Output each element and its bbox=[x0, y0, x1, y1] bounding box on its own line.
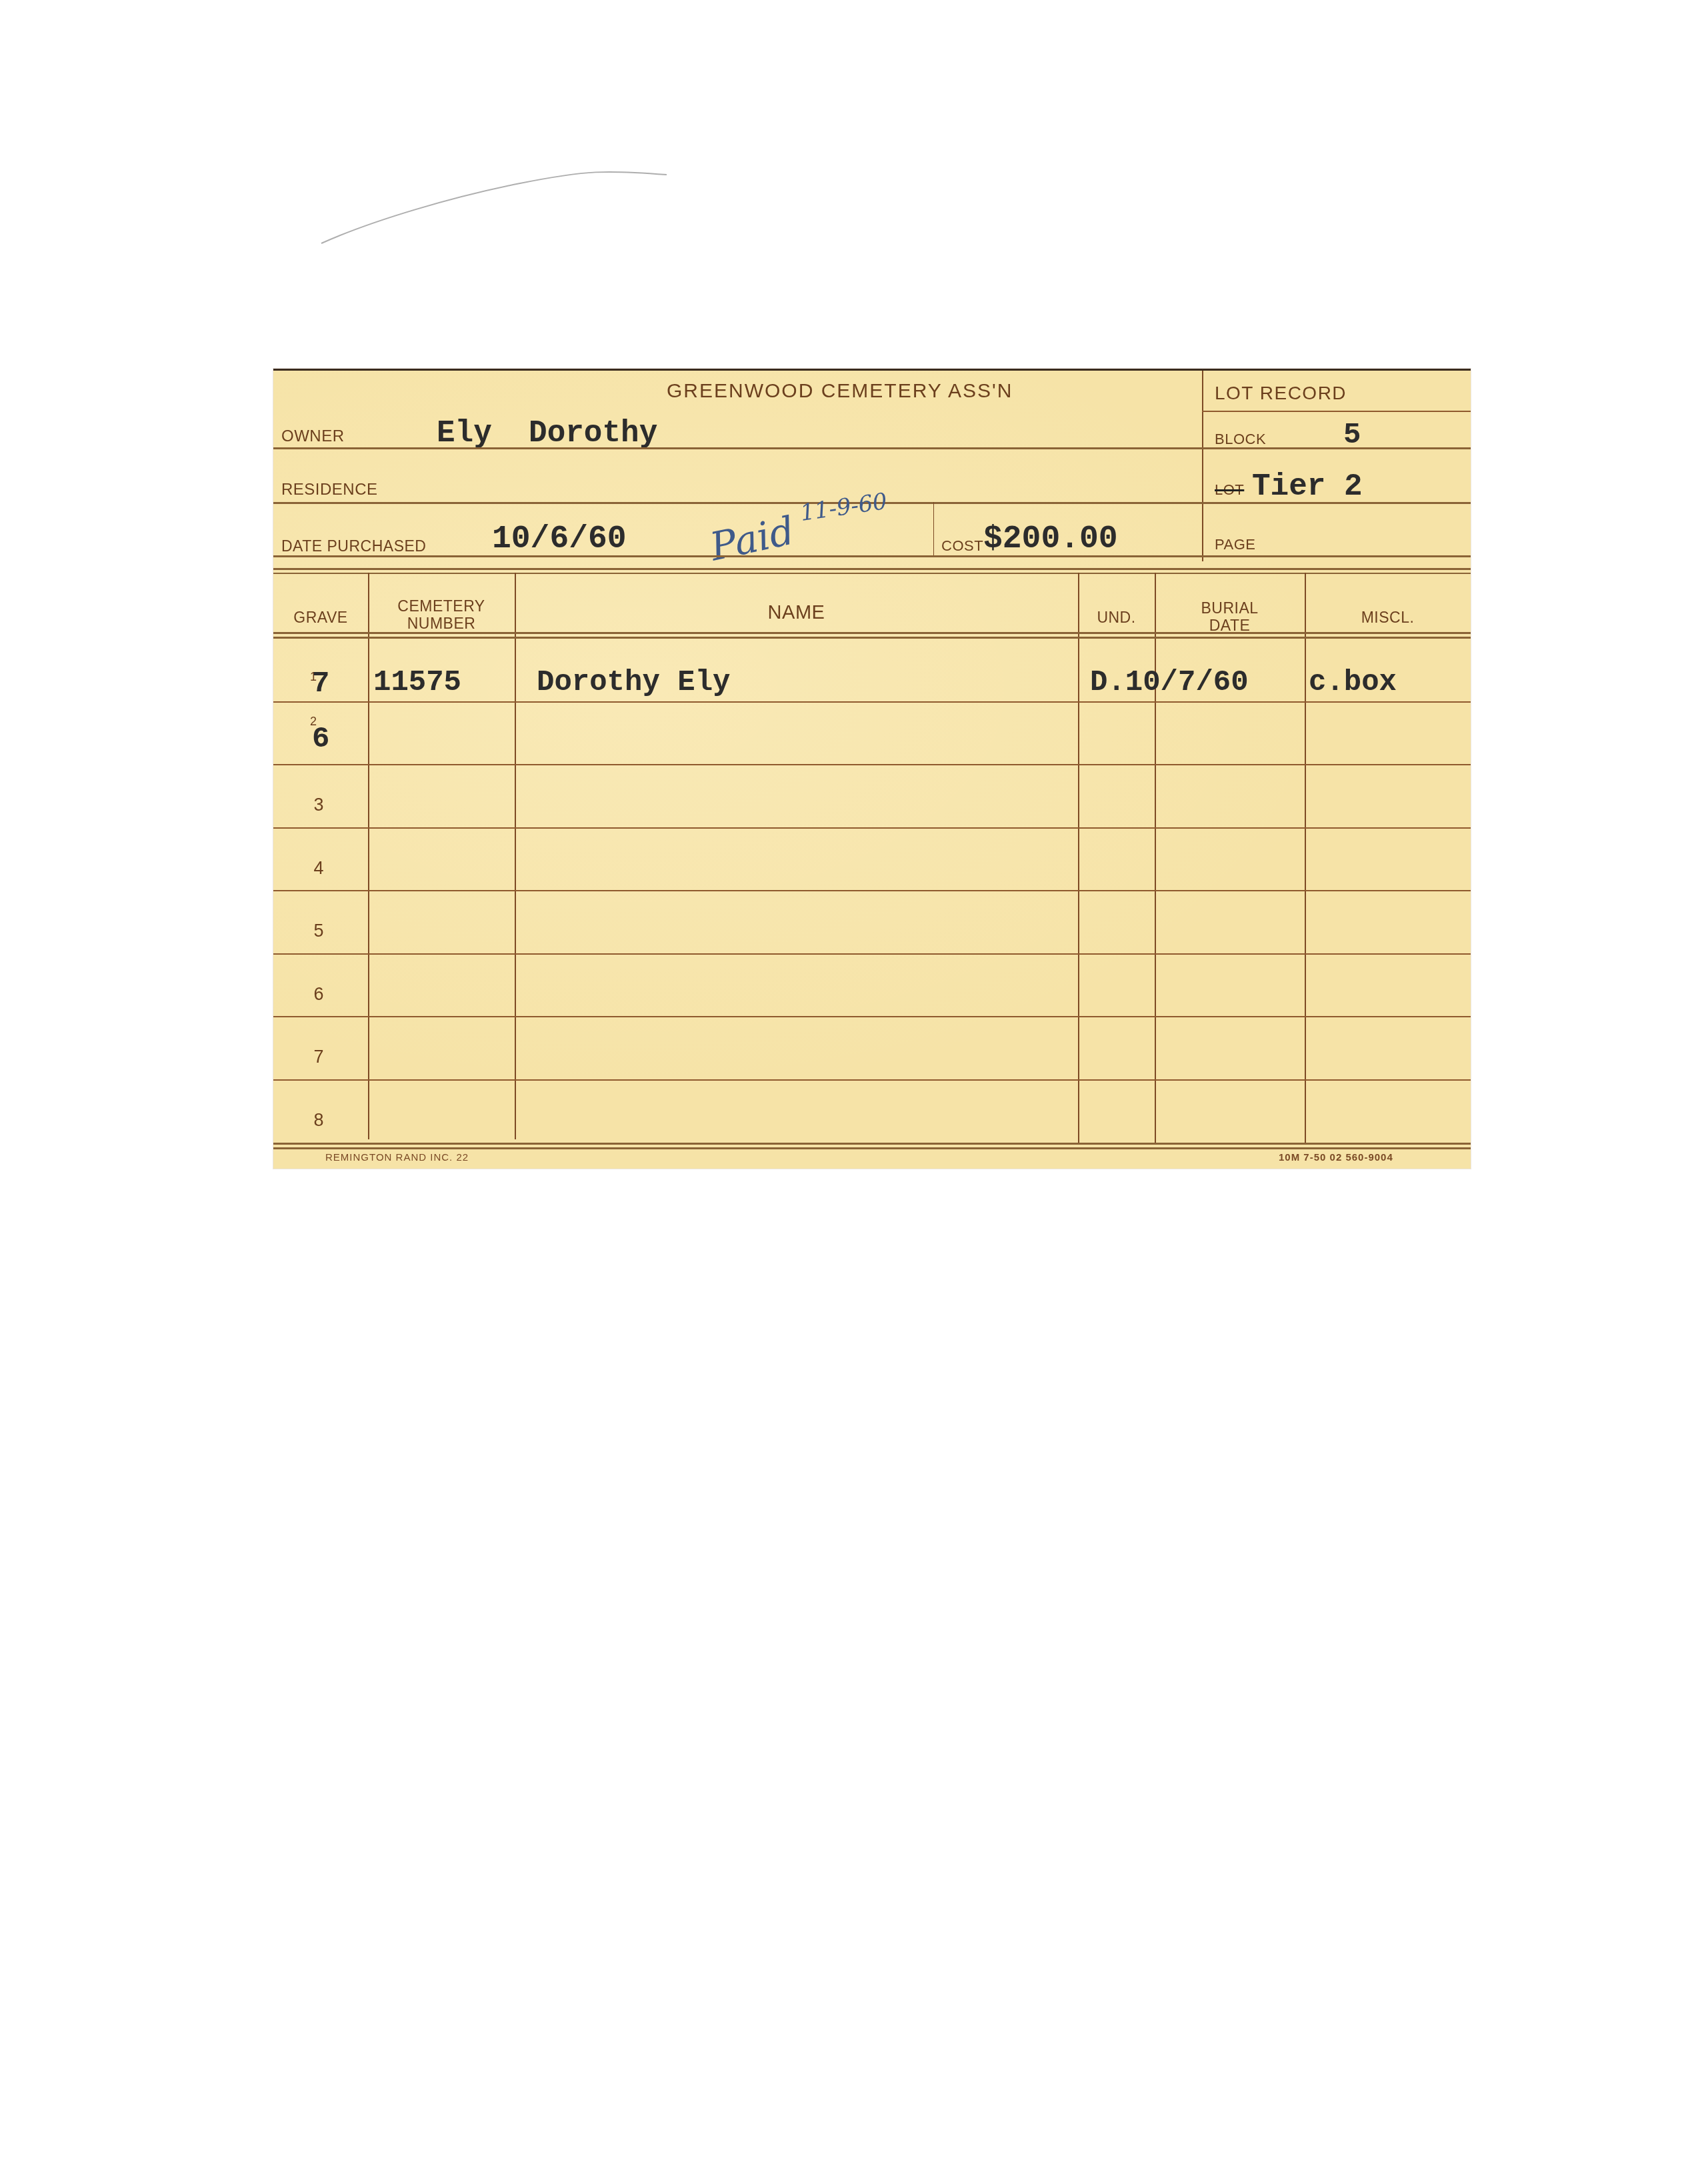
column-header-name: NAME bbox=[515, 604, 1078, 621]
footer-form-number: 10M 7-50 02 560-9004 bbox=[1279, 1152, 1393, 1163]
lot-record-card: GREENWOOD CEMETERY ASS'N LOT RECORD OWNE… bbox=[273, 369, 1471, 1169]
cell-burial-date: D.10/7/60 bbox=[1090, 666, 1249, 699]
header-double-rule-2 bbox=[273, 637, 1471, 639]
cell-cemetery-number: 11575 bbox=[373, 666, 461, 699]
owner-value: Ely Dorothy bbox=[437, 416, 657, 451]
owner-label: OWNER bbox=[281, 427, 345, 446]
section-double-rule bbox=[273, 568, 1471, 570]
table-row: 5 bbox=[273, 891, 1471, 955]
lot-label: LOT bbox=[1215, 481, 1244, 499]
cost-divider bbox=[933, 502, 934, 555]
column-header-burial-date: BURIAL DATE bbox=[1155, 599, 1305, 634]
column-header-und: UND. bbox=[1078, 609, 1155, 626]
column-header-cemetery-number: CEMETERY NUMBER bbox=[368, 597, 515, 632]
table-row: 7 bbox=[273, 1017, 1471, 1081]
grave-number: 6 bbox=[299, 984, 339, 1005]
lot-record-heading: LOT RECORD bbox=[1215, 383, 1347, 404]
column-header-cemetery-number-line1: CEMETERY bbox=[368, 597, 515, 615]
lot-record-divider bbox=[1202, 371, 1203, 561]
column-header-grave: GRAVE bbox=[273, 609, 368, 626]
header-double-rule-1 bbox=[273, 632, 1471, 634]
table-row: 3 bbox=[273, 765, 1471, 829]
cell-miscl: c.box bbox=[1309, 666, 1397, 699]
pencil-stroke-mark bbox=[320, 167, 667, 253]
table-bottom-rule-1 bbox=[273, 1143, 1471, 1145]
grave-number-typed: 6 bbox=[312, 723, 329, 756]
footer-printer-credit: REMINGTON RAND INC. 22 bbox=[325, 1152, 469, 1163]
page-label: PAGE bbox=[1215, 536, 1256, 553]
paid-handwritten-note: Paid bbox=[706, 508, 798, 570]
lot-value: Tier 2 bbox=[1252, 469, 1363, 504]
grave-number: 7 bbox=[299, 1047, 339, 1067]
table-row: 1711575Dorothy ElyD.10/7/60c.box bbox=[273, 639, 1471, 703]
cell-name: Dorothy Ely bbox=[537, 666, 730, 699]
table-top-rule bbox=[273, 573, 1471, 574]
paid-handwritten-date: 11-9-60 bbox=[799, 488, 889, 527]
table-bottom-rule-2 bbox=[273, 1147, 1471, 1149]
column-header-cemetery-number-line2: NUMBER bbox=[368, 615, 515, 632]
table-row: 4 bbox=[273, 829, 1471, 892]
owner-line bbox=[273, 447, 1471, 449]
table-row: 6 bbox=[273, 955, 1471, 1018]
block-label: BLOCK bbox=[1215, 431, 1266, 448]
date-purchased-line bbox=[273, 555, 1471, 557]
lot-record-underline bbox=[1202, 411, 1471, 412]
grave-number: 8 bbox=[299, 1110, 339, 1131]
grave-number: 4 bbox=[299, 858, 339, 879]
column-header-miscl: MISCL. bbox=[1305, 609, 1471, 626]
grave-number: 5 bbox=[299, 921, 339, 941]
card-title: GREENWOOD CEMETERY ASS'N bbox=[667, 380, 1013, 403]
grave-number-typed: 7 bbox=[312, 667, 329, 701]
block-value: 5 bbox=[1343, 419, 1361, 452]
table-row: 8 bbox=[273, 1081, 1471, 1144]
table-row: 26 bbox=[273, 703, 1471, 766]
date-purchased-value: 10/6/60 bbox=[492, 521, 627, 557]
cost-value: $200.00 bbox=[983, 521, 1118, 557]
grave-number: 3 bbox=[299, 795, 339, 815]
date-purchased-label: DATE PURCHASED bbox=[281, 537, 426, 555]
cost-label: COST bbox=[941, 537, 983, 555]
column-header-burial-date-line1: BURIAL bbox=[1155, 599, 1305, 617]
residence-label: RESIDENCE bbox=[281, 481, 378, 499]
